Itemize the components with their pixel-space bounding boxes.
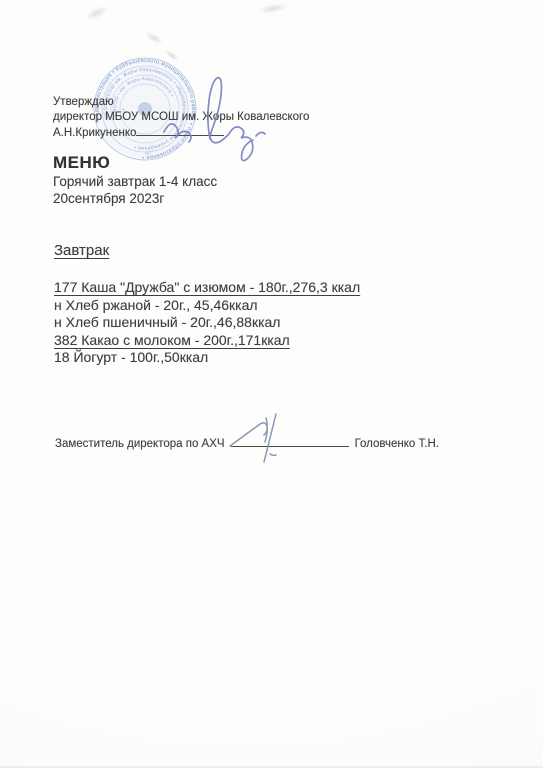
menu-item: 177 Каша "Дружба" с изюмом - 180г.,276,3… <box>54 279 360 297</box>
deputy-handwritten-signature <box>226 410 301 468</box>
deputy-director-name: Головченко Т.Н. <box>355 438 439 450</box>
menu-item: н Хлеб ржаной - 20г., 45,46ккал <box>54 297 360 315</box>
document-subtitle: Горячий завтрак 1-4 класс <box>53 174 217 189</box>
menu-item: н Хлеб пшеничный - 20г.,46,88ккал <box>54 314 360 332</box>
approver-name: А.Н.Крикуненко <box>53 127 136 139</box>
scan-smudge <box>257 1 288 15</box>
section-heading-breakfast: Завтрак <box>54 242 109 259</box>
deputy-director-label: Заместитель директора по АХЧ <box>55 438 225 450</box>
menu-item: 18 Йогурт - 100г.,50ккал <box>54 349 360 367</box>
scanned-menu-document: • Администрация • Куйбышевского муниципа… <box>0 0 543 768</box>
menu-item: 382 Какао с молоком - 200г.,171ккал <box>54 332 360 350</box>
document-date: 20сентября 2023г <box>53 191 164 206</box>
director-handwritten-signature <box>158 70 278 165</box>
scan-smudge <box>143 30 164 47</box>
scan-smudge <box>83 3 111 23</box>
document-title: МЕНЮ <box>53 153 110 173</box>
menu-item-list: 177 Каша "Дружба" с изюмом - 180г.,276,3… <box>54 279 360 367</box>
